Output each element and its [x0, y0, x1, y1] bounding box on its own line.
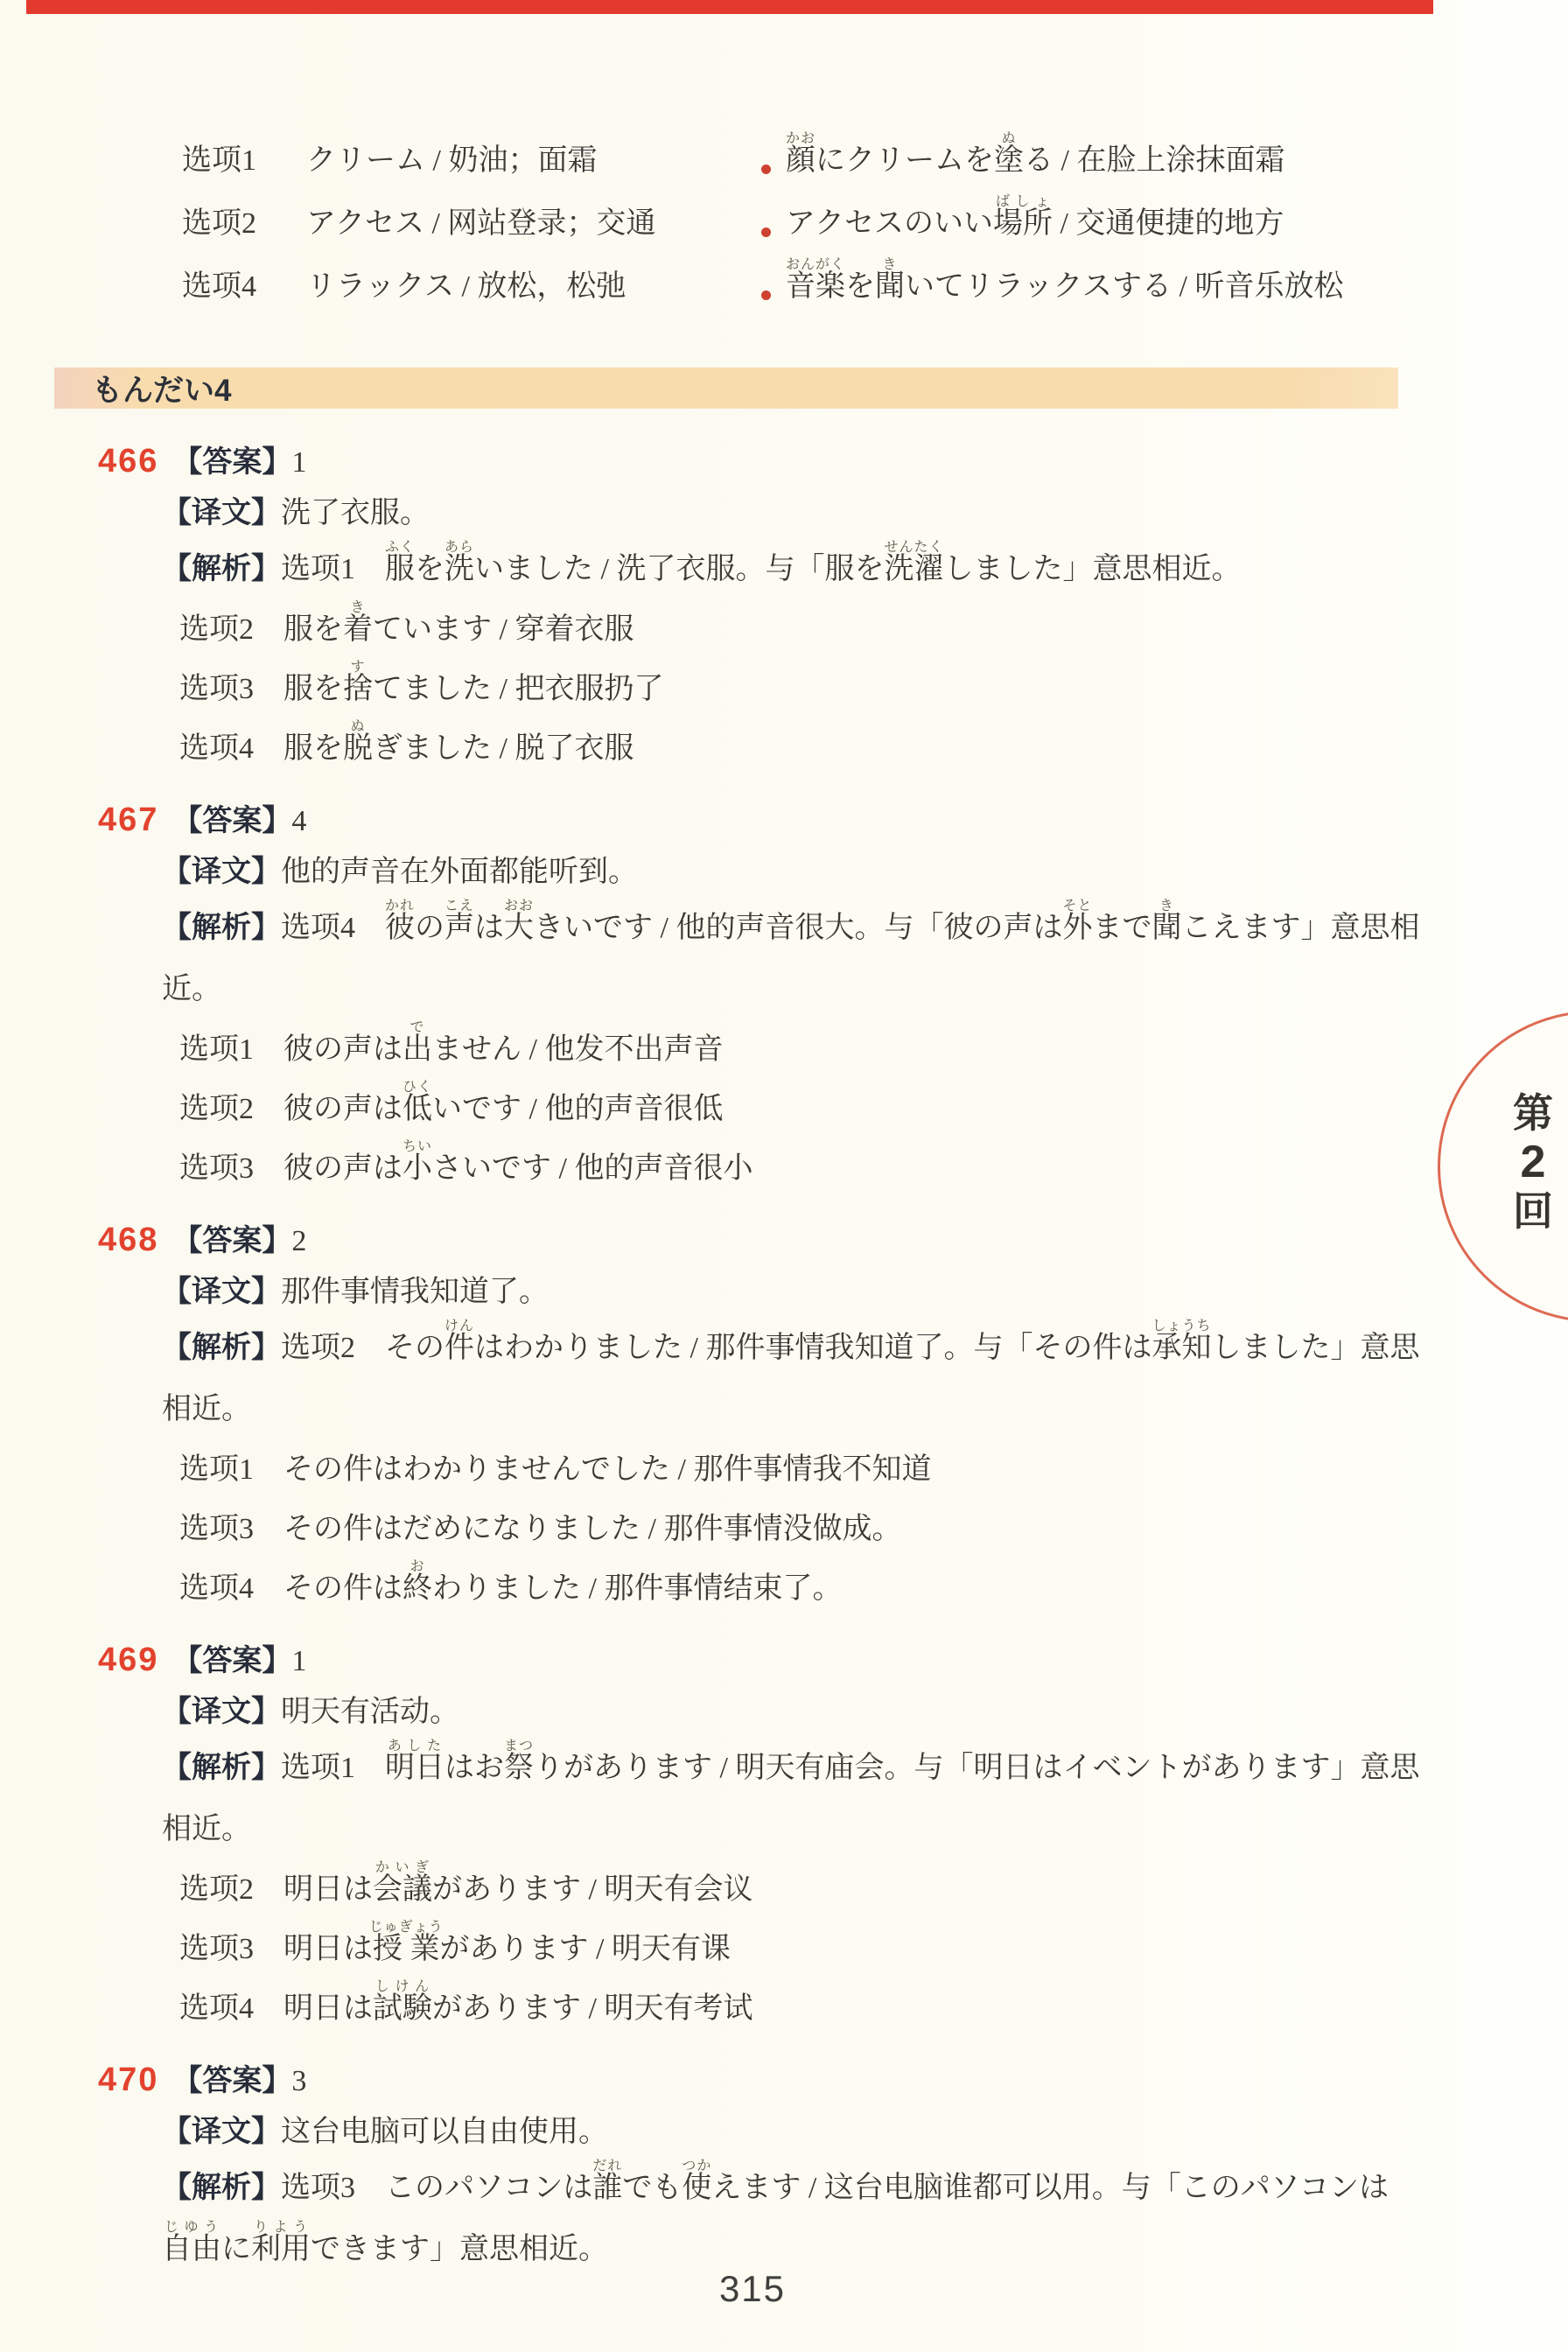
answer-label: 【答案】 [172, 446, 291, 479]
page: 选项1 クリーム / 奶油；面霜 顔かおにクリームを塗ぬる / 在脸上涂抹面霜 … [0, 0, 1568, 2352]
item-options: 选项2 明日は会議かいぎがあります / 明天有会议 选项3 明日は授業じゅぎょう… [0, 1860, 1568, 2039]
section-title: もんだい4 [92, 367, 231, 410]
answer-item: 466【答案】1 【译文】洗了衣服。 【解析】选项1 服ふくを洗あらいました /… [0, 436, 1568, 779]
answer-row: 468【答案】2 [0, 1214, 1568, 1267]
section-header: もんだい4 [54, 367, 1398, 409]
analysis-text: 选项1 明日あしたはお祭まつりがあります / 明天有庙会。与「明日はイベントがあ… [162, 1752, 1419, 1845]
answer-items-list: 466【答案】1 【译文】洗了衣服。 【解析】选项1 服ふくを洗あらいました /… [0, 436, 1568, 2296]
answer-value: 1 [291, 1645, 306, 1677]
translation-text: 他的声音在外面都能听到。 [281, 856, 638, 888]
analysis-text: 选项3 このパソコンは誰だれでも使つかえます / 这台电脑谁都可以用。与「このパ… [162, 2172, 1389, 2265]
answer-label: 【答案】 [172, 2065, 291, 2097]
option-line: 选项1 その件はわかりませんでした / 那件事情我不知道 [0, 1440, 1568, 1500]
translation-label: 【译文】 [162, 1276, 281, 1308]
item-options: 选项1 その件はわかりませんでした / 那件事情我不知道 选项3 その件はだめに… [0, 1440, 1568, 1619]
option-left-text: クリーム / 奶油；面霜 [306, 136, 761, 178]
answer-item: 469【答案】1 【译文】明天有活动。 【解析】选项1 明日あしたはお祭まつりが… [0, 1634, 1568, 2039]
answer-value: 3 [291, 2065, 306, 2097]
answer-row: 469【答案】1 [0, 1634, 1568, 1687]
option-line: 选项2 彼の声は低ひくいです / 他的声音很低 [0, 1080, 1568, 1139]
translation-row: 【译文】明天有活动。 [0, 1687, 1568, 1738]
round-badge-char: 回 [1513, 1189, 1553, 1233]
translation-label: 【译文】 [162, 497, 281, 529]
translation-text: 这台电脑可以自由使用。 [281, 2116, 608, 2148]
analysis-label: 【解析】 [162, 912, 281, 944]
translation-label: 【译文】 [162, 856, 281, 888]
answer-item: 467【答案】4 【译文】他的声音在外面都能听到。 【解析】选项4 彼かれの声こ… [0, 794, 1568, 1199]
analysis-text: 选项2 その件けんはわかりました / 那件事情我知道了。与「その件は承知しょうち… [162, 1332, 1419, 1425]
analysis-label: 【解析】 [162, 2172, 281, 2204]
answer-item: 468【答案】2 【译文】那件事情我知道了。 【解析】选项2 その件けんはわかり… [0, 1214, 1568, 1619]
analysis-label: 【解析】 [162, 553, 281, 585]
answer-row: 467【答案】4 [0, 794, 1568, 847]
answer-value: 1 [291, 446, 306, 479]
option-line: 选项4 その件は終おわりました / 那件事情结束了。 [0, 1559, 1568, 1619]
item-number: 467 [98, 801, 158, 838]
list-item: 选项1 クリーム / 奶油；面霜 顔かおにクリームを塗ぬる / 在脸上涂抹面霜 [0, 131, 1568, 194]
intro-options-list: 选项1 クリーム / 奶油；面霜 顔かおにクリームを塗ぬる / 在脸上涂抹面霜 … [0, 131, 1568, 320]
option-line: 选项2 服を着きています / 穿着衣服 [0, 600, 1568, 660]
round-badge: 第2回 [1500, 1091, 1566, 1233]
analysis-paragraph: 【解析】选项4 彼かれの声こえは大おおきいです / 他的声音很大。与「彼の声は外… [0, 898, 1439, 1020]
analysis-label: 【解析】 [162, 1332, 281, 1364]
translation-row: 【译文】洗了衣服。 [0, 488, 1568, 539]
option-line: 选项3 服を捨すてました / 把衣服扔了 [0, 660, 1568, 719]
answer-label: 【答案】 [172, 1225, 291, 1257]
option-line: 选项3 彼の声は小ちいさいです / 他的声音很小 [0, 1139, 1568, 1199]
top-red-bar [26, 0, 1433, 14]
option-label: 选项1 [182, 136, 306, 178]
round-badge-char: 第 [1513, 1091, 1553, 1135]
page-number: 315 [0, 2268, 1505, 2310]
option-line: 选项3 その件はだめになりました / 那件事情没做成。 [0, 1500, 1568, 1559]
analysis-paragraph: 【解析】选项2 その件けんはわかりました / 那件事情我知道了。与「その件は承知… [0, 1318, 1439, 1440]
answer-value: 2 [291, 1225, 306, 1257]
analysis-label: 【解析】 [162, 1752, 281, 1784]
option-right-text: 音楽おんがくを聞きいてリラックスする / 听音乐放松 [786, 257, 1343, 304]
item-number: 469 [98, 1641, 158, 1678]
item-number: 466 [98, 443, 158, 479]
option-label: 选项2 [182, 199, 306, 241]
answer-label: 【答案】 [172, 1645, 291, 1677]
translation-row: 【译文】那件事情我知道了。 [0, 1267, 1568, 1318]
answer-row: 470【答案】3 [0, 2054, 1568, 2107]
answer-value: 4 [291, 805, 306, 837]
analysis-text: 选项4 彼かれの声こえは大おおきいです / 他的声音很大。与「彼の声は外そとまで… [162, 912, 1419, 1005]
translation-text: 那件事情我知道了。 [281, 1276, 549, 1308]
option-line: 选项4 服を脱ぬぎました / 脱了衣服 [0, 719, 1568, 779]
analysis-paragraph: 【解析】选项1 明日あしたはお祭まつりがあります / 明天有庙会。与「明日はイベ… [0, 1738, 1439, 1860]
analysis-paragraph: 【解析】选项1 服ふくを洗あらいました / 洗了衣服。与「服を洗濯せんたくしまし… [0, 539, 1439, 600]
bullet-icon [761, 227, 771, 237]
option-label: 选项4 [182, 262, 306, 304]
item-number: 468 [98, 1221, 158, 1258]
option-line: 选项3 明日は授業じゅぎょうがあります / 明天有课 [0, 1920, 1568, 1979]
answer-label: 【答案】 [172, 805, 291, 837]
translation-row: 【译文】他的声音在外面都能听到。 [0, 847, 1568, 898]
analysis-paragraph: 【解析】选项3 このパソコンは誰だれでも使つかえます / 这台电脑谁都可以用。与… [0, 2158, 1439, 2280]
round-badge-char: 2 [1521, 1139, 1546, 1185]
option-right-text: 顔かおにクリームを塗ぬる / 在脸上涂抹面霜 [786, 131, 1284, 178]
translation-text: 明天有活动。 [281, 1696, 459, 1728]
translation-row: 【译文】这台电脑可以自由使用。 [0, 2107, 1568, 2158]
translation-text: 洗了衣服。 [281, 497, 430, 529]
translation-label: 【译文】 [162, 1696, 281, 1728]
translation-label: 【译文】 [162, 2116, 281, 2148]
answer-row: 466【答案】1 [0, 436, 1568, 488]
option-line: 选项1 彼の声は出でません / 他发不出声音 [0, 1020, 1568, 1080]
analysis-text: 选项1 服ふくを洗あらいました / 洗了衣服。与「服を洗濯せんたくしました」意思… [281, 553, 1241, 585]
option-line: 选项4 明日は試験しけんがあります / 明天有考试 [0, 1979, 1568, 2039]
item-options: 选项2 服を着きています / 穿着衣服 选项3 服を捨すてました / 把衣服扔了… [0, 600, 1568, 779]
bullet-icon [761, 290, 771, 300]
item-options: 选项1 彼の声は出でません / 他发不出声音 选项2 彼の声は低ひくいです / … [0, 1020, 1568, 1199]
item-number: 470 [98, 2061, 158, 2098]
list-item: 选项2 アクセス / 网站登录；交通 アクセスのいい場所ばしょ / 交通便捷的地… [0, 194, 1568, 257]
option-right-text: アクセスのいい場所ばしょ / 交通便捷的地方 [786, 194, 1284, 241]
list-item: 选项4 リラックス / 放松，松弛 音楽おんがくを聞きいてリラックスする / 听… [0, 257, 1568, 320]
answer-item: 470【答案】3 【译文】这台电脑可以自由使用。 【解析】选项3 このパソコンは… [0, 2054, 1568, 2280]
option-left-text: アクセス / 网站登录；交通 [306, 199, 761, 241]
option-line: 选项2 明日は会議かいぎがあります / 明天有会议 [0, 1860, 1568, 1920]
bullet-icon [761, 164, 771, 174]
option-left-text: リラックス / 放松，松弛 [306, 262, 761, 304]
